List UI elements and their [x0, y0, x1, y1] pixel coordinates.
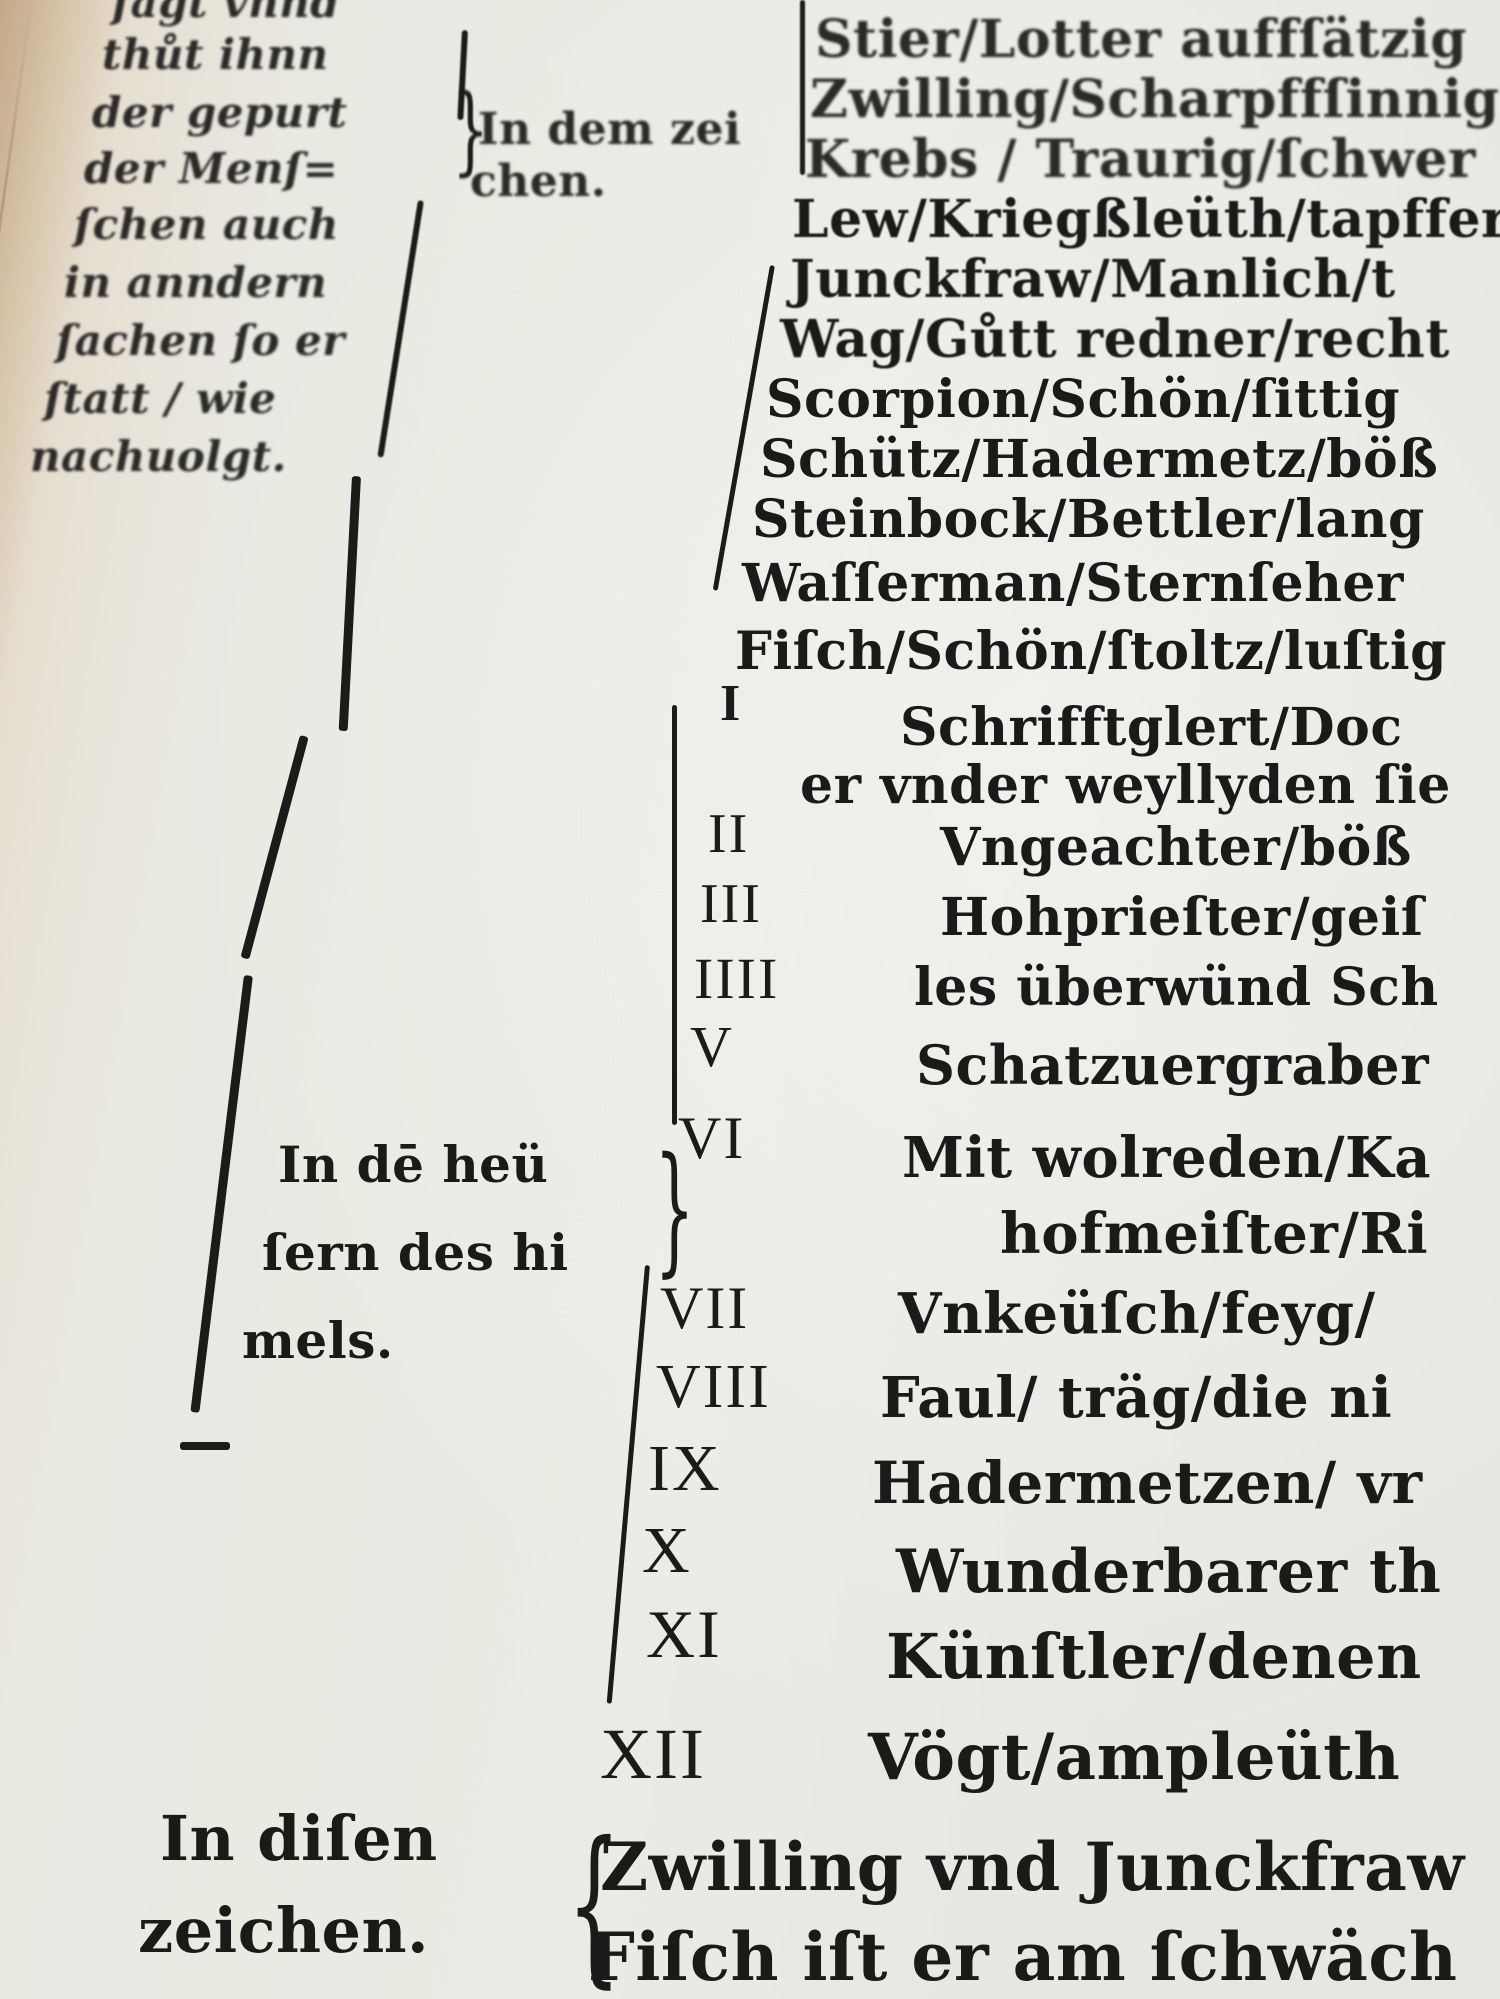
house-text: Hohprieſter/geiſ	[940, 892, 1424, 944]
house-numeral: VIII	[656, 1356, 771, 1418]
sign-line: Waſſerman/Sternſeher	[742, 558, 1404, 610]
house-text: Schatzuergraber	[916, 1038, 1429, 1092]
sign-line: Wag/Gůtt redner/recht	[780, 314, 1450, 366]
heading-houses-of-heaven: In dē heü	[278, 1140, 548, 1190]
heading-in-dem-zeichen-cont: chen.	[470, 160, 607, 204]
house-numeral: IX	[648, 1436, 722, 1502]
left-line: der Menſ=	[84, 148, 338, 190]
houses-bracket-rule	[672, 705, 677, 1125]
house-numeral: VI	[678, 1108, 745, 1168]
heading-houses-of-heaven-cont: mels.	[242, 1316, 394, 1366]
sign-line: Scorpion/Schön/ſittig	[766, 374, 1400, 426]
sign-line: Krebs / Traurig/ſchwer	[805, 134, 1476, 186]
house-numeral: XII	[600, 1718, 706, 1790]
left-line: ſtatt / wie	[44, 378, 276, 420]
house-numeral: III	[700, 876, 762, 932]
sign-line: Schütz/Hadermetz/böß	[760, 434, 1438, 486]
house-text: Wunderbarer th	[896, 1542, 1441, 1602]
bottom-line: Fiſch iſt er am ſchwäch	[588, 1924, 1458, 1990]
left-line: thůt ihnn	[102, 34, 329, 76]
house-text: Mit wolreden/Ka	[902, 1130, 1431, 1186]
house-text: Schrifftglert/Doc	[900, 702, 1402, 754]
sign-line: Zwilling/Scharpffſinnig	[810, 74, 1499, 126]
left-line: ſachen ſo er	[56, 320, 345, 362]
heading-in-disen-zeichen: In diſen	[160, 1808, 438, 1870]
house-text: Vögt/ampleüth	[868, 1726, 1400, 1790]
heading-in-dem-zeichen: In dem zei	[478, 108, 741, 152]
house-numeral: VII	[660, 1278, 749, 1338]
bottom-line: Zwilling vnd Junckfraw	[600, 1834, 1465, 1900]
house-text: Vnkeüſch/feyg/	[898, 1286, 1376, 1342]
sign-line: Steinbock/Bettler/lang	[752, 494, 1425, 546]
house-text: Hadermetzen/ vr	[872, 1454, 1423, 1512]
house-numeral: I	[720, 678, 742, 730]
house-numeral: IIII	[694, 950, 779, 1008]
house-numeral: V	[690, 1018, 734, 1076]
heading-houses-of-heaven-cont: ſern des hi	[262, 1228, 569, 1278]
house-numeral: XI	[646, 1600, 722, 1668]
bracket-foot	[180, 1442, 230, 1450]
house-numeral: X	[642, 1518, 692, 1584]
house-text: les überwünd Sch	[914, 962, 1439, 1014]
sign-line: Junckfraw/Manlich/t	[790, 254, 1396, 306]
house-text: hofmeiſter/Ri	[1000, 1206, 1428, 1262]
sign-line: Fiſch/Schön/ſtoltz/luſtig	[735, 626, 1447, 678]
left-line: nachuolgt.	[30, 436, 287, 478]
left-line: ſchen auch	[74, 204, 339, 246]
house-text: Vngeachter/böß	[940, 822, 1412, 874]
sign-line: Lew/Kriegßleüth/tapffer	[792, 194, 1500, 246]
left-line: in anndern	[64, 262, 327, 304]
house-text: er vnder weyllyden ſie	[800, 760, 1451, 812]
sign-line: Stier/Lotter auffſätzig	[815, 14, 1467, 66]
left-line: ſagt vnnd	[112, 0, 340, 24]
house-numeral: II	[708, 806, 749, 862]
house-text: Faul/ träg/die ni	[880, 1370, 1392, 1426]
left-line: der gepurt	[92, 92, 347, 134]
house-text: Künſtler/denen	[886, 1626, 1422, 1688]
heading-in-disen-zeichen-cont: zeichen.	[138, 1900, 429, 1962]
